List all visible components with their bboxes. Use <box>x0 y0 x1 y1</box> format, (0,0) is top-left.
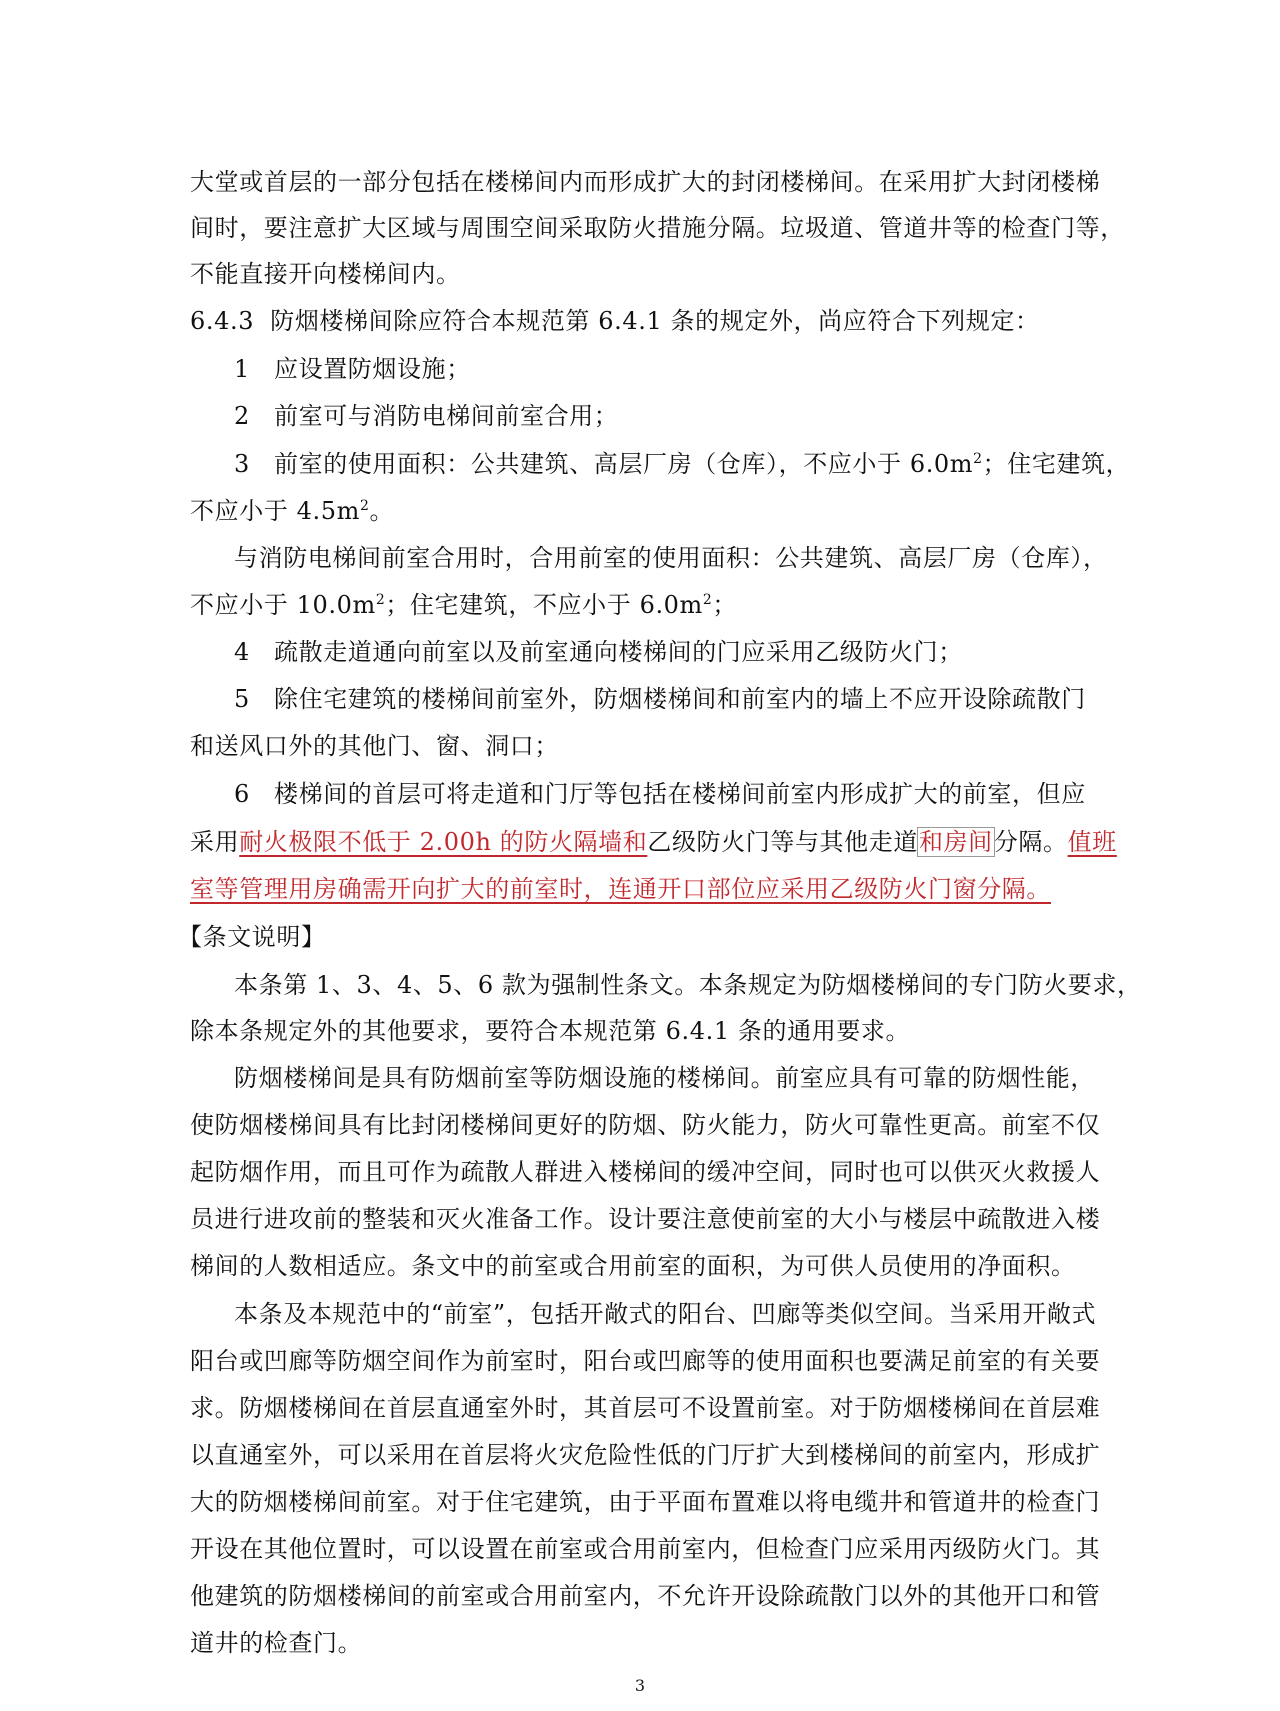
item-3: 3前室的使用面积：公共建筑、高层厂房（仓库），不应小于 6.0m2；住宅建筑， <box>234 449 1130 479</box>
item-6-line-3: 室等管理用房确需开向扩大的前室时，连通开口部位应采用乙级防火门窗分隔。 <box>190 874 1051 904</box>
superscript: 2 <box>376 592 386 608</box>
item-text: ； <box>712 591 737 619</box>
item-1: 1应设置防烟设施； <box>234 354 471 384</box>
item-number: 6 <box>234 779 274 809</box>
clause-number: 6.4.3 <box>190 306 262 336</box>
item-text: 前室可与消防电梯间前室合用； <box>274 402 618 430</box>
explanation-line: 防烟楼梯间是具有防烟前室等防烟设施的楼梯间。前室应具有可靠的防烟性能， <box>234 1063 1095 1093</box>
item-text: 采用 <box>190 828 239 856</box>
item-number: 3 <box>234 449 274 479</box>
explanation-line: 他建筑的防烟楼梯间的前室或合用前室内，不允许开设除疏散门以外的其他开口和管 <box>190 1581 1100 1611</box>
explanation-line: 起防烟作用，而且可作为疏散人群进入楼梯间的缓冲空间，同时也可以供灭火救援人 <box>190 1157 1100 1187</box>
explanation-line: 本条及本规范中的“前室”，包括开敞式的阳台、凹廊等类似空间。当采用开敞式 <box>234 1299 1096 1329</box>
page-number: 3 <box>0 1676 1280 1695</box>
revision-boxed: 和房间 <box>918 828 994 856</box>
item-2: 2前室可与消防电梯间前室合用； <box>234 401 618 431</box>
item-text: ；住宅建筑， <box>983 450 1131 478</box>
item-4: 4疏散走道通向前室以及前室通向楼梯间的门应采用乙级防火门； <box>234 637 963 667</box>
revision-insert: 室等管理用房确需开向扩大的前室时，连通开口部位应采用乙级防火门窗分隔。 <box>190 875 1051 903</box>
explanation-heading: 【条文说明】 <box>178 922 326 952</box>
superscript: 2 <box>973 451 983 467</box>
item-text: 乙级防火门等与其他走道 <box>647 828 918 856</box>
item-number: 4 <box>234 637 274 667</box>
item-5: 5除住宅建筑的楼梯间前室外，防烟楼梯间和前室内的墙上不应开设除疏散门 <box>234 684 1086 714</box>
intro-line-2: 间时，要注意扩大区域与周围空间采取防火措施分隔。垃圾道、管道井等的检查门等， <box>190 213 1125 243</box>
item-text: 不应小于 4.5m <box>190 497 360 525</box>
item-5-continued: 和送风口外的其他门、窗、洞口； <box>190 731 559 761</box>
item-number: 1 <box>234 354 274 384</box>
item-6-line-2: 采用耐火极限不低于 2.00h 的防火隔墙和乙级防火门等与其他走道和房间分隔。值… <box>190 827 1117 857</box>
explanation-line: 道井的检查门。 <box>190 1628 362 1658</box>
item-3-continued: 不应小于 4.5m2。 <box>190 496 394 526</box>
explanation-line: 求。防烟楼梯间在首层直通室外时，其首层可不设置前室。对于防烟楼梯间在首层难 <box>190 1393 1100 1423</box>
item-6: 6楼梯间的首层可将走道和门厅等包括在楼梯间前室内形成扩大的前室，但应 <box>234 779 1086 809</box>
item-text: 疏散走道通向前室以及前室通向楼梯间的门应采用乙级防火门； <box>274 638 963 666</box>
item-text: 前室的使用面积：公共建筑、高层厂房（仓库），不应小于 6.0m <box>274 450 973 478</box>
explanation-line: 开设在其他位置时，可以设置在前室或合用前室内，但检查门应采用丙级防火门。其 <box>190 1534 1100 1564</box>
explanation-line: 阳台或凹廊等防烟空间作为前室时，阳台或凹廊等的使用面积也要满足前室的有关要 <box>190 1346 1100 1376</box>
item-text: 。 <box>369 497 394 525</box>
revision-insert: 耐火极限不低于 2.00h 的防火隔墙和 <box>239 828 647 856</box>
explanation-line: 使防烟楼梯间具有比封闭楼梯间更好的防烟、防火能力，防火可靠性更高。前室不仅 <box>190 1110 1100 1140</box>
item-number: 5 <box>234 684 274 714</box>
item-3-extra-line-1: 与消防电梯间前室合用时，合用前室的使用面积：公共建筑、高层厂房（仓库）， <box>234 543 1108 573</box>
explanation-line: 员进行进攻前的整装和灭火准备工作。设计要注意使前室的大小与楼层中疏散进入楼 <box>190 1204 1100 1234</box>
item-text: 楼梯间的首层可将走道和门厅等包括在楼梯间前室内形成扩大的前室，但应 <box>274 780 1086 808</box>
item-text: 除住宅建筑的楼梯间前室外，防烟楼梯间和前室内的墙上不应开设除疏散门 <box>274 685 1086 713</box>
clause-text: 防烟楼梯间除应符合本规范第 6.4.1 条的规定外，尚应符合下列规定： <box>270 307 1039 335</box>
item-text: 分隔。 <box>994 828 1068 856</box>
explanation-line: 梯间的人数相适应。条文中的前室或合用前室的面积，为可供人员使用的净面积。 <box>190 1251 1076 1281</box>
item-text: ；住宅建筑，不应小于 6.0m <box>385 591 703 619</box>
item-number: 2 <box>234 401 274 431</box>
item-3-extra-line-2: 不应小于 10.0m2；住宅建筑，不应小于 6.0m2； <box>190 590 737 620</box>
intro-line-1: 大堂或首层的一部分包括在楼梯间内而形成扩大的封闭楼梯间。在采用扩大封闭楼梯 <box>190 167 1100 197</box>
clause-6-4-3: 6.4.3 防烟楼梯间除应符合本规范第 6.4.1 条的规定外，尚应符合下列规定… <box>190 306 1040 336</box>
intro-line-3: 不能直接开向楼梯间内。 <box>190 259 461 289</box>
superscript: 2 <box>703 592 713 608</box>
revision-insert: 值班 <box>1068 828 1117 856</box>
explanation-line: 大的防烟楼梯间前室。对于住宅建筑，由于平面布置难以将电缆井和管道井的检查门 <box>190 1487 1100 1517</box>
explanation-line: 以直通室外，可以采用在首层将火灾危险性低的门厅扩大到楼梯间的前室内，形成扩 <box>190 1440 1100 1470</box>
item-text: 不应小于 10.0m <box>190 591 376 619</box>
explanation-line: 除本条规定外的其他要求，要符合本规范第 6.4.1 条的通用要求。 <box>190 1016 910 1046</box>
document-page: 大堂或首层的一部分包括在楼梯间内而形成扩大的封闭楼梯间。在采用扩大封闭楼梯 间时… <box>0 0 1280 1711</box>
item-text: 应设置防烟设施； <box>274 355 471 383</box>
explanation-line: 本条第 1、3、4、5、6 款为强制性条文。本条规定为防烟楼梯间的专门防火要求， <box>234 970 1142 1000</box>
